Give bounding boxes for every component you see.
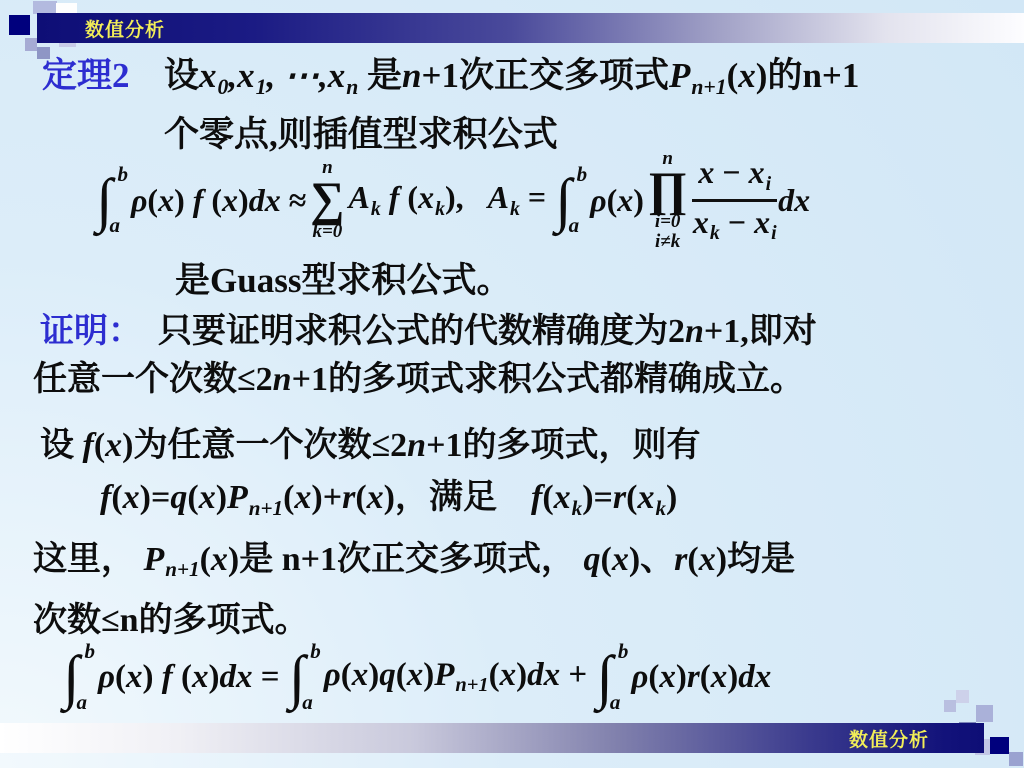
- para-line-1: 设 f(x)为任意一个次数≤2n+1的多项式，则有: [40, 420, 998, 472]
- para-line-3: 这里， Pn+1(x)是 n+1次正交多项式， q(x)、r(x)均是: [33, 534, 998, 596]
- header-bar: 数值分析: [37, 13, 1024, 43]
- decor-square: [990, 737, 1009, 754]
- split-integral-formula: ∫ ba ρ(x) f (x)dx = ∫ ba ρ(x)q(x)Pn+1(x)…: [62, 633, 771, 721]
- footer-title: 数值分析: [849, 725, 984, 752]
- proof-line-2: 任意一个次数≤2n+1的多项式求积公式都精确成立。: [33, 356, 998, 404]
- footer-bar: 数值分析: [0, 723, 984, 753]
- theorem-label: 定理2: [42, 52, 130, 100]
- formula1-lhs: ρ(x) f (x)dx ≈: [131, 182, 306, 219]
- formula1-weight: ρ(x): [590, 182, 644, 219]
- theorem-line-1: 设x0,x1, ⋯,xn 是n+1次正交多项式Pn+1(x)的n+1: [40, 52, 990, 111]
- proof-block: 证明：只要证明求积公式的代数精确度为2n+1,即对 任意一个次数≤2n+1的多项…: [33, 308, 998, 404]
- lagrange-fraction: x − xi xk − xi: [692, 155, 777, 244]
- decor-square: [944, 700, 956, 712]
- formula2-mid: ρ(x)q(x)Pn+1(x)dx +: [324, 657, 596, 698]
- integral-sign: ∫ ba: [63, 641, 95, 713]
- proof-label: 证明：: [40, 313, 142, 350]
- formula1-dx: dx: [778, 182, 810, 219]
- theorem-block: 定理2 设x0,x1, ⋯,xn 是n+1次正交多项式Pn+1(x)的n+1 个…: [40, 52, 990, 159]
- decor-square: [1009, 752, 1023, 766]
- integral-sign: ∫ ba: [96, 164, 128, 236]
- formula1-mid: Ak f (xk), Ak =: [348, 179, 554, 220]
- header-title: 数值分析: [37, 15, 165, 42]
- para-line-2: f(x)=q(x)Pn+1(x)+r(x)，满足 f(xk)=r(xk): [100, 472, 998, 534]
- decor-square: [976, 705, 993, 722]
- formula2-lhs: ρ(x) f (x)dx =: [98, 659, 288, 696]
- integral-sign: ∫ ba: [596, 641, 628, 713]
- slide: 数值分析 定理2 设x0,x1, ⋯,xn 是n+1次正交多项式Pn+1(x)的…: [0, 0, 1024, 768]
- integral-sign: ∫ ba: [289, 641, 321, 713]
- decor-square: [956, 690, 969, 703]
- decor-square: [9, 15, 30, 35]
- decomposition-block: 设 f(x)为任意一个次数≤2n+1的多项式，则有 f(x)=q(x)Pn+1(…: [33, 420, 998, 647]
- decor-square: [25, 38, 37, 51]
- sum-operator: n ∑ k=0: [310, 158, 344, 241]
- integral-sign: ∫ ba: [555, 164, 587, 236]
- product-operator: n ∏ i=0 i≠k: [648, 149, 688, 252]
- interpolatory-quadrature-formula: ∫ ba ρ(x) f (x)dx ≈ n ∑ k=0 Ak f (xk), A…: [95, 148, 810, 252]
- formula2-rhs: ρ(x)r(x)dx: [631, 659, 771, 696]
- proof-line-1: 证明：只要证明求积公式的代数精确度为2n+1,即对: [40, 308, 998, 356]
- gauss-type-line: 是Guass型求积公式。: [175, 253, 511, 303]
